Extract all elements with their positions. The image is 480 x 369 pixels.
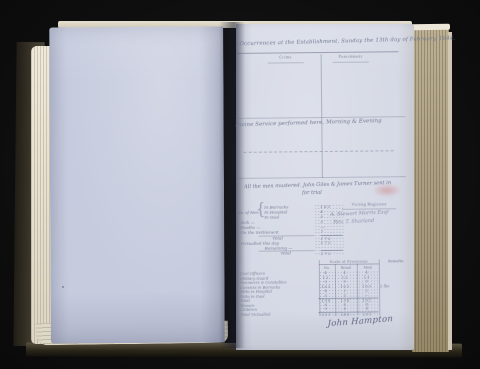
ink-smudge xyxy=(372,183,402,197)
column-header-punishment: Punishment xyxy=(329,54,373,58)
ration-table: Scale of Provisions Remarks No. Bread Me… xyxy=(239,259,412,317)
occurrence-form: Occurrences at the Establishment, Sunday… xyxy=(234,23,415,351)
ration-col-header-bread: Bread xyxy=(335,265,357,269)
entry-line-2: All the men mustered. John Giles & James… xyxy=(244,180,391,190)
entry-line-2-cont: for trial xyxy=(302,190,322,196)
muster-row-value: 172 xyxy=(321,250,343,256)
fore-edge-top-highlight xyxy=(410,24,450,31)
header-rule xyxy=(237,51,399,54)
visiting-magistrate-heading: Visiting Magistrate xyxy=(340,202,398,207)
section-rule-2 xyxy=(244,150,394,153)
fore-edge-outer xyxy=(448,32,452,350)
left-page-blank xyxy=(49,27,225,344)
section-rule-3 xyxy=(238,176,406,179)
punishment-underline xyxy=(333,62,369,63)
muster-row: Total172 xyxy=(239,250,345,256)
ration-cell: 213 xyxy=(318,311,334,316)
muster-rows: In Barracks163In Hospital4In Gaol5Sick —… xyxy=(238,204,345,256)
photo-backdrop: Occurrences at the Establishment, Sunday… xyxy=(0,0,480,369)
ration-col-header-meat: Meat xyxy=(357,265,379,269)
ration-remarks-header: Remarks xyxy=(381,259,411,263)
entry-line-1: Divine Service performed here, Morning &… xyxy=(235,118,382,128)
ration-col-header-no: No. xyxy=(319,265,335,269)
fore-edge xyxy=(412,28,449,352)
column-header-crime: Crime xyxy=(264,55,308,59)
paper-speck xyxy=(62,286,64,288)
entry-header: Occurrences at the Establishment, Sunday… xyxy=(239,37,405,47)
crime-underline xyxy=(268,62,304,63)
muster-row-label: Total xyxy=(281,250,291,255)
ration-rows: Civil Officers444Military Guard131313Ove… xyxy=(239,270,411,317)
ration-cell: Total Victualled xyxy=(239,312,318,317)
